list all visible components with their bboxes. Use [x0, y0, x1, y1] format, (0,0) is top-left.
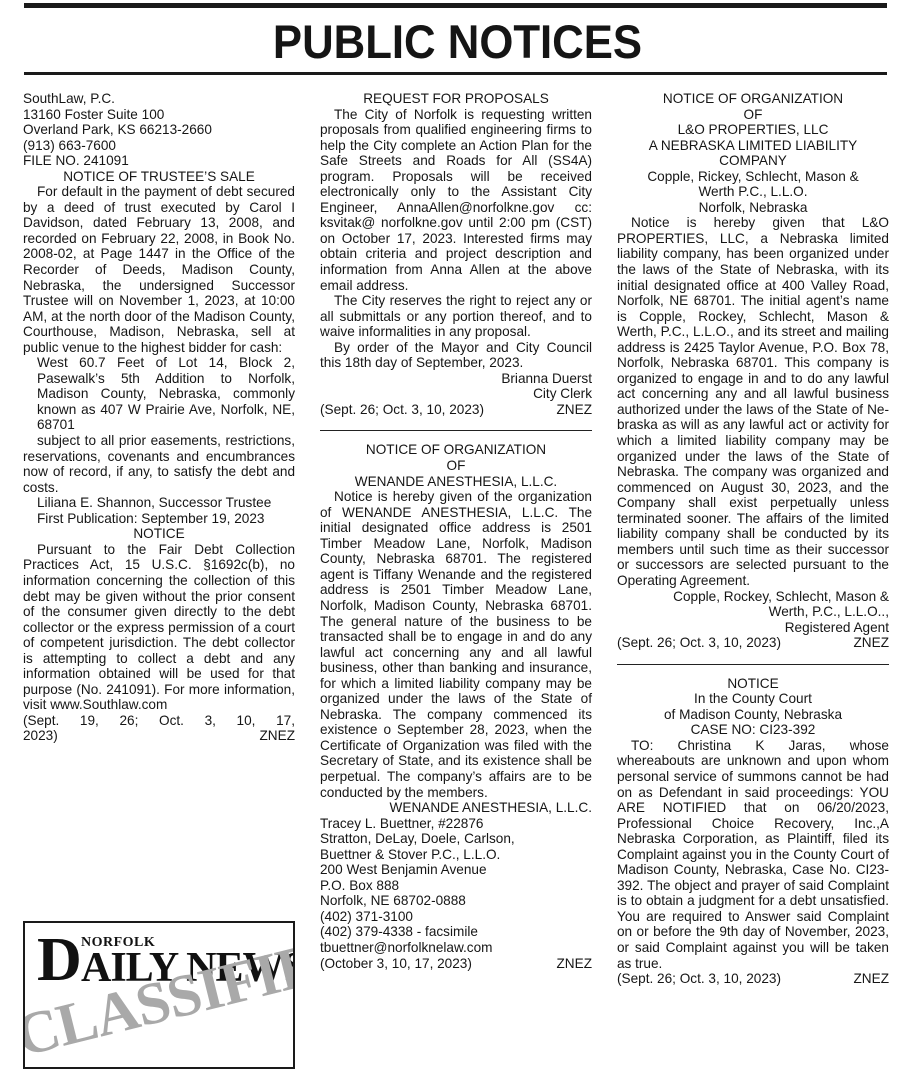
firm-address: 13160 Foster Suite 100	[23, 107, 295, 123]
wenande-company-signature: WENANDE ANESTHESIA, L.L.C.	[320, 800, 592, 816]
wenande-publication-row: (October 3, 10, 17, 2023) ZNEZ	[320, 956, 592, 972]
wenande-title: NOTICE OF ORGANIZATION	[320, 442, 592, 458]
column-2: REQUEST FOR PROPOSALS The City of Norfol…	[320, 91, 592, 971]
wenande-body: Notice is hereby given of the organ­izat…	[320, 489, 592, 800]
lo-body: Notice is hereby given that L&O PROPERTI…	[617, 215, 889, 588]
court-notice-body: TO: Christina K Jaras, whose whereabouts…	[617, 738, 889, 971]
lo-signature-2: Werth, P.C., L.L.O..,	[617, 604, 889, 620]
notice-separator	[617, 664, 889, 665]
request-for-proposals-notice: REQUEST FOR PROPOSALS The City of Norfol…	[320, 91, 592, 417]
contact-email: tbuettner@norfolknelaw.com	[320, 940, 592, 956]
lo-title: NOTICE OF ORGANIZATION	[617, 91, 889, 107]
wenande-publication-dates: (October 3, 10, 17, 2023)	[320, 956, 472, 972]
rfp-signer-title: City Clerk	[320, 386, 592, 402]
court-name: In the County Court	[617, 691, 889, 707]
norfolk-daily-news-classifieds-logo: D NORFOLK AILY NEWS CLASSIFIEDS	[23, 921, 295, 1069]
fdcpa-notice-title: NOTICE	[23, 526, 295, 542]
fdcpa-notice-body: Pursuant to the Fair Debt Collection Pra…	[23, 542, 295, 713]
lo-publication-row: (Sept. 26; Oct. 3, 10, 2023) ZNEZ	[617, 635, 889, 651]
publication-code: ZNEZ	[260, 728, 296, 744]
firm-city: Overland Park, KS 66213-2660	[23, 122, 295, 138]
lo-company-name: L&O PROPERTIES, LLC	[617, 122, 889, 138]
brand-initial: D	[37, 933, 82, 987]
court-publication-code: ZNEZ	[854, 971, 890, 987]
lo-company-type-2: COMPANY	[617, 153, 889, 169]
wenande-title-of: OF	[320, 458, 592, 474]
notice-body-2: subject to all prior easements, re­stric…	[23, 433, 295, 495]
masthead-bottom-rule	[24, 72, 887, 75]
contact-po-box: P.O. Box 888	[320, 878, 592, 894]
publication-dates: (Sept. 19, 26; Oct. 3, 10, 17,	[23, 713, 295, 729]
wenande-organization-notice: NOTICE OF ORGANIZATION OF WENANDE ANESTH…	[320, 442, 592, 971]
notice-body: For default in the payment of debt secur…	[23, 184, 295, 355]
lo-signature: Copple, Rockey, Schlecht, Mason &	[617, 589, 889, 605]
publication-dates-row: 2023) ZNEZ	[23, 728, 295, 744]
notice-separator	[320, 430, 592, 431]
rfp-body-3: By order of the Mayor and City Coun­cil …	[320, 340, 592, 371]
firm-phone: (913) 663-7600	[23, 138, 295, 154]
lo-law-firm-2: Werth P.C., L.L.O.	[617, 184, 889, 200]
wenande-company-name: WENANDE ANESTHESIA, L.L.C.	[320, 474, 592, 490]
column-1: SouthLaw, P.C. 13160 Foster Suite 100 Ov…	[23, 91, 295, 744]
court-publication-dates: (Sept. 26; Oct. 3, 10, 2023)	[617, 971, 781, 987]
trustee-sale-notice: SouthLaw, P.C. 13160 Foster Suite 100 Ov…	[23, 91, 295, 744]
lo-law-firm: Copple, Rickey, Schlecht, Mason &	[617, 169, 889, 185]
rfp-body-2: The City reserves the right to reject an…	[320, 293, 592, 340]
contact-fax: (402) 379-4338 - facsimile	[320, 924, 592, 940]
firm-name: SouthLaw, P.C.	[23, 91, 295, 107]
newspaper-brand: D NORFOLK AILY NEWS	[37, 933, 82, 987]
rfp-title: REQUEST FOR PROPOSALS	[320, 91, 592, 107]
masthead-top-rule	[24, 3, 887, 8]
case-number: CASE NO: CI23-392	[617, 722, 889, 738]
lo-title-of: OF	[617, 107, 889, 123]
publication-year: 2023)	[23, 728, 58, 744]
notice-title: NOTICE OF TRUSTEE’S SALE	[23, 169, 295, 185]
rfp-publication-row: (Sept. 26; Oct. 3, 10, 2023) ZNEZ	[320, 402, 592, 418]
file-number: FILE NO. 241091	[23, 153, 295, 169]
contact-firm-2: Buettner & Stover P.C., L.L.O.	[320, 847, 592, 863]
court-notice-title: NOTICE	[617, 676, 889, 692]
court-county: of Madison County, Nebraska	[617, 707, 889, 723]
court-publication-row: (Sept. 26; Oct. 3, 10, 2023) ZNEZ	[617, 971, 889, 987]
lo-publication-dates: (Sept. 26; Oct. 3, 10, 2023)	[617, 635, 781, 651]
successor-trustee: Liliana E. Shannon, Successor Trustee	[23, 495, 295, 511]
rfp-publication-dates: (Sept. 26; Oct. 3, 10, 2023)	[320, 402, 484, 418]
contact-firm: Stratton, DeLay, Doele, Carlson,	[320, 831, 592, 847]
lo-publication-code: ZNEZ	[854, 635, 890, 651]
contact-phone: (402) 371-3100	[320, 909, 592, 925]
rfp-publication-code: ZNEZ	[557, 402, 593, 418]
lo-location: Norfolk, Nebraska	[617, 200, 889, 216]
contact-city: Norfolk, NE 68702-0888	[320, 893, 592, 909]
legal-description: West 60.7 Feet of Lot 14, Block 2, Pasew…	[23, 355, 295, 433]
contact-attorney: Tracey L. Buettner, #22876	[320, 816, 592, 832]
wenande-publication-code: ZNEZ	[557, 956, 593, 972]
first-publication: First Publication: September 19, 2023	[23, 511, 295, 527]
lo-properties-organization-notice: NOTICE OF ORGANIZATION OF L&O PROPERTIES…	[617, 91, 889, 651]
rfp-signer-name: Brianna Duerst	[320, 371, 592, 387]
county-court-notice: NOTICE In the County Court of Madison Co…	[617, 676, 889, 987]
lo-signature-role: Registered Agent	[617, 620, 889, 636]
page-title: PUBLIC NOTICES	[32, 14, 883, 70]
lo-company-type: A NEBRASKA LIMITED LIABILITY	[617, 138, 889, 154]
rfp-body: The City of Norfolk is requesting writ­t…	[320, 107, 592, 294]
column-3: NOTICE OF ORGANIZATION OF L&O PROPERTIES…	[617, 91, 889, 987]
contact-street: 200 West Benjamin Avenue	[320, 862, 592, 878]
